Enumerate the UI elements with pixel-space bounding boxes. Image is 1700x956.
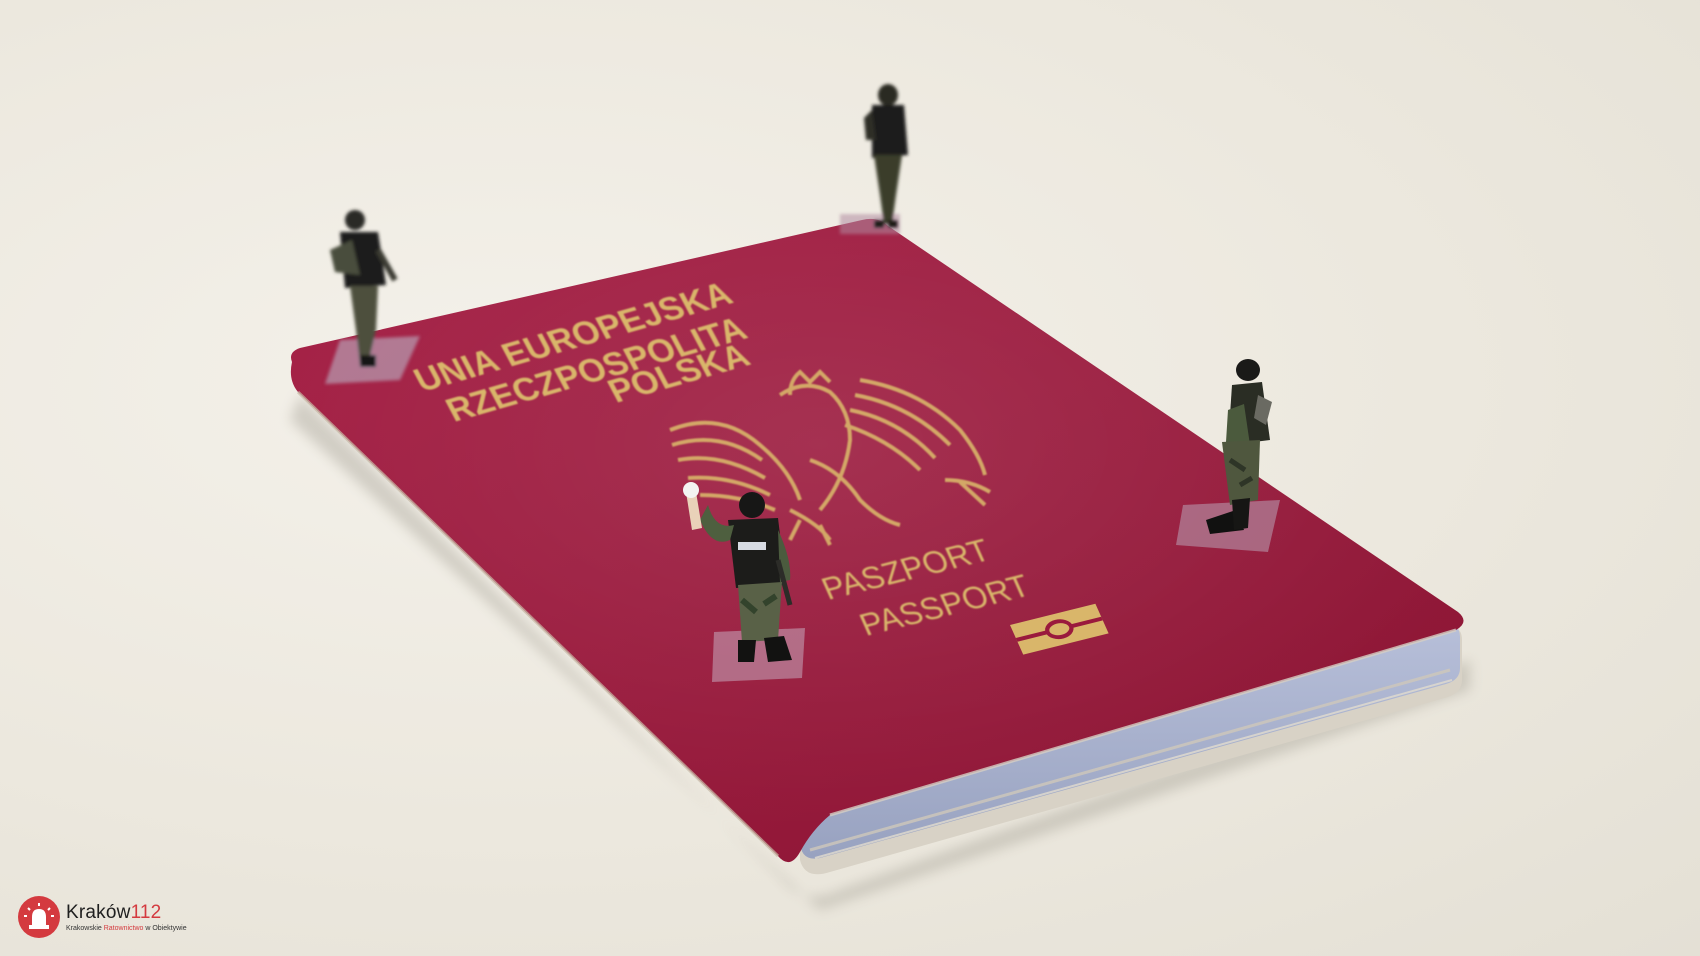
passport-cover (291, 219, 1464, 862)
logo-brand-number: 112 (131, 902, 162, 923)
kraków112-watermark-logo: Kraków112 Krakowskie Ratownictwo w Obiek… (18, 896, 187, 938)
logo-title: Kraków112 (66, 903, 187, 922)
logo-tagline-part-1: Krakowskie (66, 925, 104, 932)
figurine-left (325, 210, 420, 384)
logo-brand-main: Kraków (66, 902, 131, 923)
logo-tagline-part-2: Ratownictwo (104, 925, 144, 932)
siren-icon (18, 896, 60, 938)
logo-tagline: Krakowskie Ratownictwo w Obiektywie (66, 925, 187, 932)
figurine-top (840, 84, 908, 234)
logo-tagline-part-3: w Obiektywie (143, 925, 186, 932)
passport-photo: UNIA EUROPEJSKA RZECZPOSPOLITA POLSKA PA… (0, 0, 1700, 956)
